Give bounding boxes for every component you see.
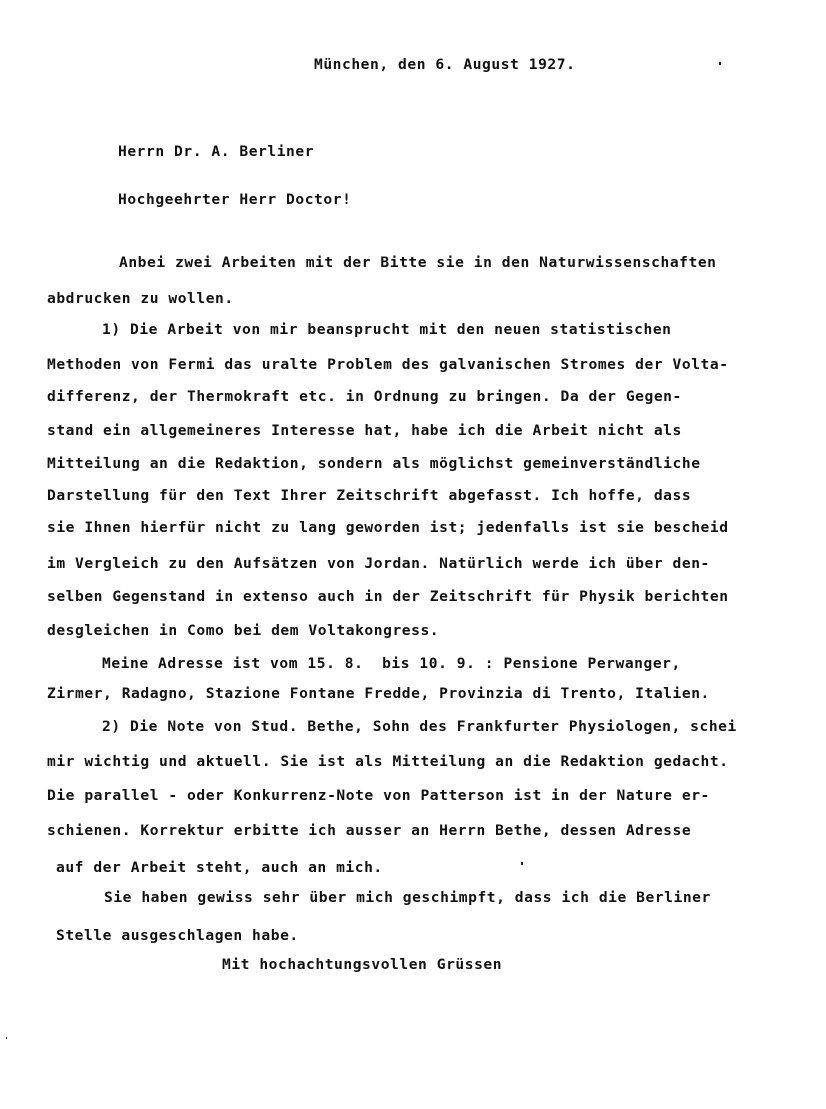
dateline: München, den 6. August 1927. <box>314 55 575 75</box>
body-line: stand ein allgemeineres Interesse hat, h… <box>47 421 682 441</box>
body-line: Mitteilung an die Redaktion, sondern als… <box>47 454 701 474</box>
body-line: differenz, der Thermokraft etc. in Ordnu… <box>47 387 682 407</box>
body-line: Meine Adresse ist vom 15. 8. bis 10. 9. … <box>102 654 681 674</box>
body-line: Stelle ausgeschlagen habe. <box>56 926 299 946</box>
body-line: Die parallel - oder Konkurrenz-Note von … <box>47 786 710 806</box>
ink-speck <box>6 1037 7 1039</box>
ink-speck <box>719 62 721 65</box>
letter-page: München, den 6. August 1927. Herrn Dr. A… <box>0 0 826 1109</box>
body-line: auf der Arbeit steht, auch an mich. <box>56 858 383 878</box>
body-line: Methoden von Fermi das uralte Problem de… <box>47 355 729 375</box>
body-line: mir wichtig und aktuell. Sie ist als Mit… <box>47 752 729 772</box>
recipient: Herrn Dr. A. Berliner <box>118 142 314 162</box>
body-line: desgleichen in Como bei dem Voltakongres… <box>47 621 439 641</box>
body-line: selben Gegenstand in extenso auch in der… <box>47 587 729 607</box>
body-line: 1) Die Arbeit von mir beansprucht mit de… <box>102 320 672 340</box>
body-line: Zirmer, Radagno, Stazione Fontane Fredde… <box>47 684 710 704</box>
ink-speck <box>521 862 523 865</box>
salutation: Hochgeehrter Herr Doctor! <box>118 190 351 210</box>
body-line: abdrucken zu wollen. <box>47 289 234 309</box>
body-line: Sie haben gewiss sehr über mich geschimp… <box>104 888 711 908</box>
body-line: sie Ihnen hierfür nicht zu lang geworden… <box>47 518 729 538</box>
body-line: Darstellung für den Text Ihrer Zeitschri… <box>47 486 691 506</box>
closing: Mit hochachtungsvollen Grüssen <box>222 955 502 975</box>
body-line: 2) Die Note von Stud. Bethe, Sohn des Fr… <box>102 717 737 737</box>
body-line: im Vergleich zu den Aufsätzen von Jordan… <box>47 554 710 574</box>
body-line: Anbei zwei Arbeiten mit der Bitte sie in… <box>119 253 717 273</box>
body-line: schienen. Korrektur erbitte ich ausser a… <box>47 821 691 841</box>
